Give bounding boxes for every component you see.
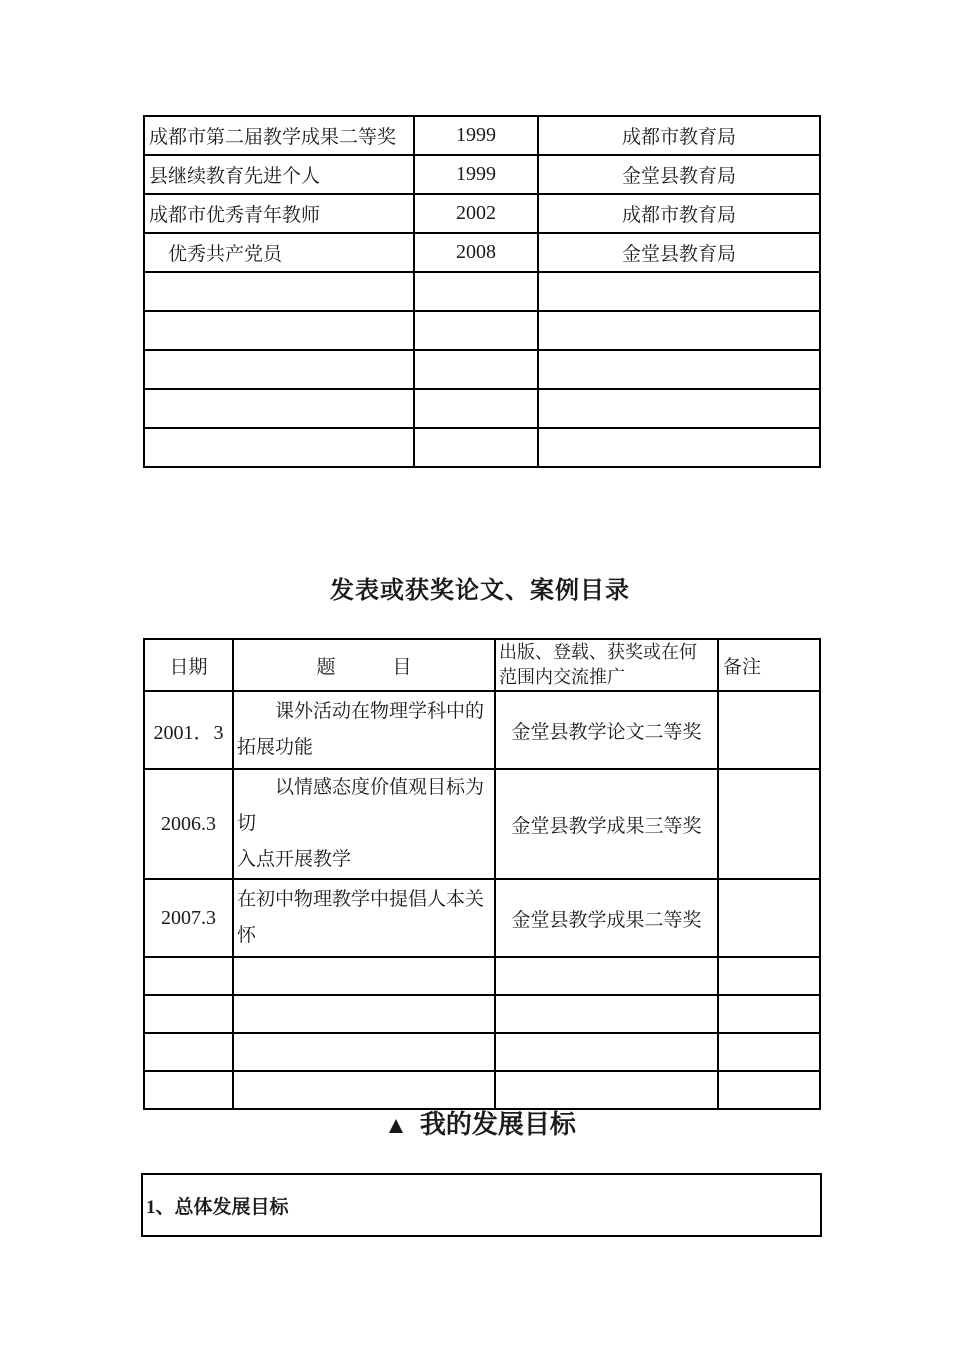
empty-cell (144, 1033, 233, 1071)
table-row-empty (144, 995, 820, 1033)
empty-cell (144, 311, 414, 350)
award-name-cell: 成都市优秀青年教师 (144, 194, 414, 233)
award-org-cell: 金堂县教育局 (538, 233, 820, 272)
header-publication-line1: 出版、登载、获奖或在何 (499, 640, 714, 665)
empty-cell (414, 311, 538, 350)
empty-cell (538, 311, 820, 350)
header-note-cell: 备注 (718, 639, 820, 691)
empty-cell (233, 957, 495, 995)
award-org-cell: 成都市教育局 (538, 194, 820, 233)
paper-award-cell: 金堂县教学论文二等奖 (495, 691, 718, 769)
table-row-empty (144, 272, 820, 311)
paper-title-line1: 在初中物理教学中提倡人本关 (237, 882, 491, 918)
empty-cell (718, 995, 820, 1033)
empty-cell (495, 957, 718, 995)
overall-goal-box: 1、总体发展目标 (141, 1173, 822, 1237)
header-publication-cell: 出版、登载、获奖或在何 范围内交流推广 (495, 639, 718, 691)
award-name-cell: 优秀共产党员 (144, 233, 414, 272)
table-row: 县继续教育先进个人 1999 金堂县教育局 (144, 155, 820, 194)
paper-title-cell: 以情感态度价值观目标为切 入点开展教学 (233, 769, 495, 879)
empty-cell (233, 1033, 495, 1071)
award-year-cell: 1999 (414, 155, 538, 194)
papers-table: 日期 题 目 出版、登载、获奖或在何 范围内交流推广 备注 2001．3 课外活… (143, 638, 821, 1110)
paper-title-line2: 拓展功能 (237, 730, 491, 766)
paper-note-cell (718, 879, 820, 957)
empty-cell (144, 995, 233, 1033)
empty-cell (144, 957, 233, 995)
goals-heading-label: 我的发展目标 (420, 1110, 576, 1139)
header-date-cell: 日期 (144, 639, 233, 691)
table-row-empty (144, 350, 820, 389)
awards-table: 成都市第二届教学成果二等奖 1999 成都市教育局 县继续教育先进个人 1999… (143, 115, 821, 468)
empty-cell (538, 272, 820, 311)
empty-cell (414, 272, 538, 311)
empty-cell (414, 389, 538, 428)
header-publication-line2: 范围内交流推广 (499, 665, 714, 690)
paper-award-cell: 金堂县教学成果二等奖 (495, 879, 718, 957)
empty-cell (144, 272, 414, 311)
empty-cell (538, 389, 820, 428)
table-header-row: 日期 题 目 出版、登载、获奖或在何 范围内交流推广 备注 (144, 639, 820, 691)
award-year-cell: 2002 (414, 194, 538, 233)
table-row-empty (144, 1033, 820, 1071)
table-row: 成都市优秀青年教师 2002 成都市教育局 (144, 194, 820, 233)
award-year-cell: 1999 (414, 116, 538, 155)
paper-date-cell: 2001．3 (144, 691, 233, 769)
paper-title-line2: 入点开展教学 (237, 842, 491, 878)
award-year-cell: 2008 (414, 233, 538, 272)
award-org-cell: 成都市教育局 (538, 116, 820, 155)
table-row-empty (144, 957, 820, 995)
paper-title-cell: 在初中物理教学中提倡人本关 怀 (233, 879, 495, 957)
empty-cell (495, 995, 718, 1033)
empty-cell (538, 428, 820, 467)
award-org-cell: 金堂县教育局 (538, 155, 820, 194)
goals-heading: ▲我的发展目标 (0, 1104, 960, 1141)
empty-cell (495, 1033, 718, 1071)
paper-note-cell (718, 769, 820, 879)
table-row-empty (144, 311, 820, 350)
paper-date-cell: 2007.3 (144, 879, 233, 957)
section-title: 发表或获奖论文、案例目录 (0, 570, 960, 605)
overall-goal-title: 1、总体发展目标 (146, 1192, 289, 1219)
table-row: 2006.3 以情感态度价值观目标为切 入点开展教学 金堂县教学成果三等奖 (144, 769, 820, 879)
empty-cell (414, 350, 538, 389)
paper-title-line1: 课外活动在物理学科中的 (237, 694, 491, 730)
triangle-icon: ▲ (384, 1113, 408, 1139)
award-name-cell: 成都市第二届教学成果二等奖 (144, 116, 414, 155)
paper-title-line2: 怀 (237, 918, 491, 954)
paper-award-cell: 金堂县教学成果三等奖 (495, 769, 718, 879)
document-page: 成都市第二届教学成果二等奖 1999 成都市教育局 县继续教育先进个人 1999… (0, 0, 960, 1357)
paper-note-cell (718, 691, 820, 769)
award-name-cell: 县继续教育先进个人 (144, 155, 414, 194)
paper-title-cell: 课外活动在物理学科中的 拓展功能 (233, 691, 495, 769)
table-row: 优秀共产党员 2008 金堂县教育局 (144, 233, 820, 272)
table-row-empty (144, 428, 820, 467)
table-row: 2007.3 在初中物理教学中提倡人本关 怀 金堂县教学成果二等奖 (144, 879, 820, 957)
empty-cell (414, 428, 538, 467)
empty-cell (538, 350, 820, 389)
paper-date-cell: 2006.3 (144, 769, 233, 879)
empty-cell (718, 957, 820, 995)
empty-cell (144, 350, 414, 389)
table-row: 2001．3 课外活动在物理学科中的 拓展功能 金堂县教学论文二等奖 (144, 691, 820, 769)
empty-cell (718, 1033, 820, 1071)
paper-title-line1: 以情感态度价值观目标为切 (237, 770, 491, 842)
empty-cell (233, 995, 495, 1033)
table-row-empty (144, 389, 820, 428)
empty-cell (144, 389, 414, 428)
table-row: 成都市第二届教学成果二等奖 1999 成都市教育局 (144, 116, 820, 155)
empty-cell (144, 428, 414, 467)
header-title-cell: 题 目 (233, 639, 495, 691)
